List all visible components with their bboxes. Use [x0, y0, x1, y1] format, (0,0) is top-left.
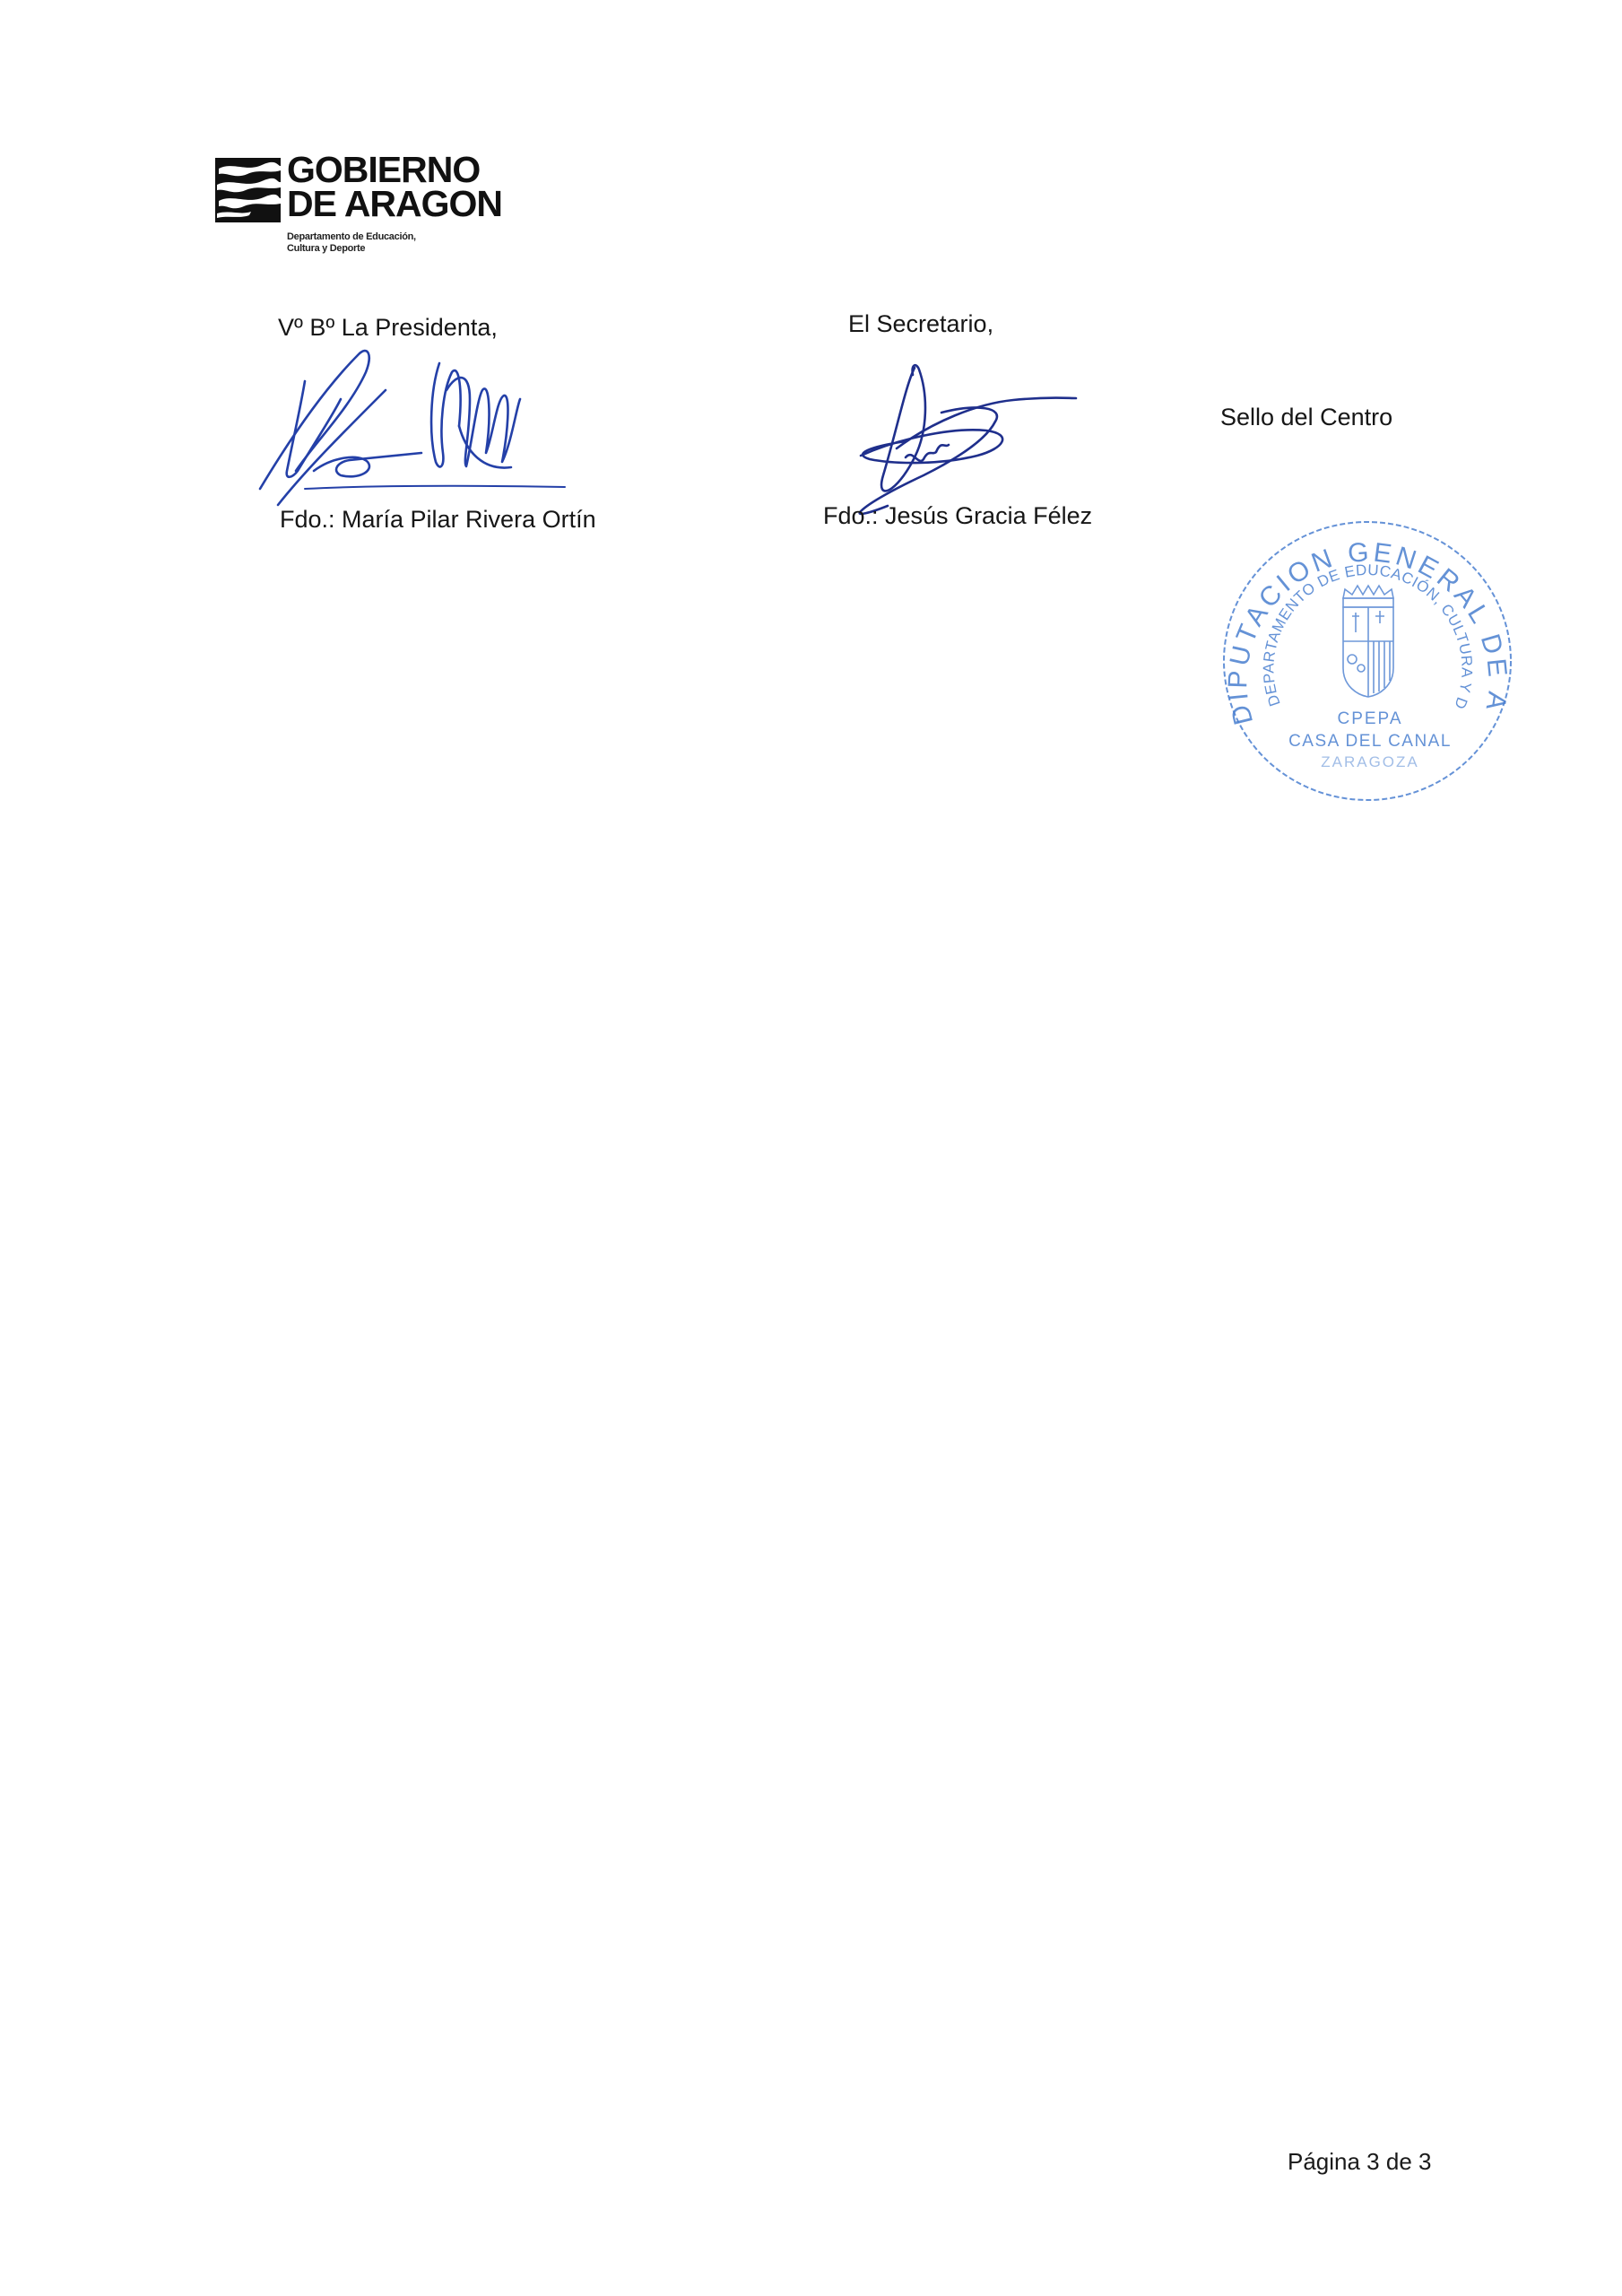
logo-line-2: DE ARAGON — [287, 187, 502, 221]
president-signature — [251, 336, 583, 507]
coat-of-arms-icon — [1343, 586, 1393, 697]
secretary-title: El Secretario, — [848, 310, 993, 338]
page-number: Página 3 de 3 — [1288, 2148, 1431, 2176]
center-seal-stamp: DIPUTACION GENERAL DE ARAGON DEPARTAMENT… — [1218, 516, 1518, 807]
logo-line-1: GOBIERNO — [287, 152, 502, 187]
seal-center-line-3: ZARAGOZA — [1321, 753, 1419, 770]
secretary-signed-by: Fdo.: Jesús Gracia Félez — [823, 502, 1092, 530]
secretary-signature — [843, 359, 1085, 520]
seal-label: Sello del Centro — [1220, 404, 1392, 431]
seal-center-line-1: CPEPA — [1337, 709, 1402, 728]
department-name: Departamento de Educación, Cultura y Dep… — [287, 231, 416, 255]
seal-center-line-2: CASA DEL CANAL — [1288, 732, 1452, 751]
department-line-1: Departamento de Educación, — [287, 231, 416, 243]
president-signed-by: Fdo.: María Pilar Rivera Ortín — [280, 506, 596, 534]
logo-wordmark: GOBIERNO DE ARAGON — [287, 152, 502, 221]
aragon-flag-icon — [215, 158, 281, 222]
department-line-2: Cultura y Deporte — [287, 243, 416, 255]
